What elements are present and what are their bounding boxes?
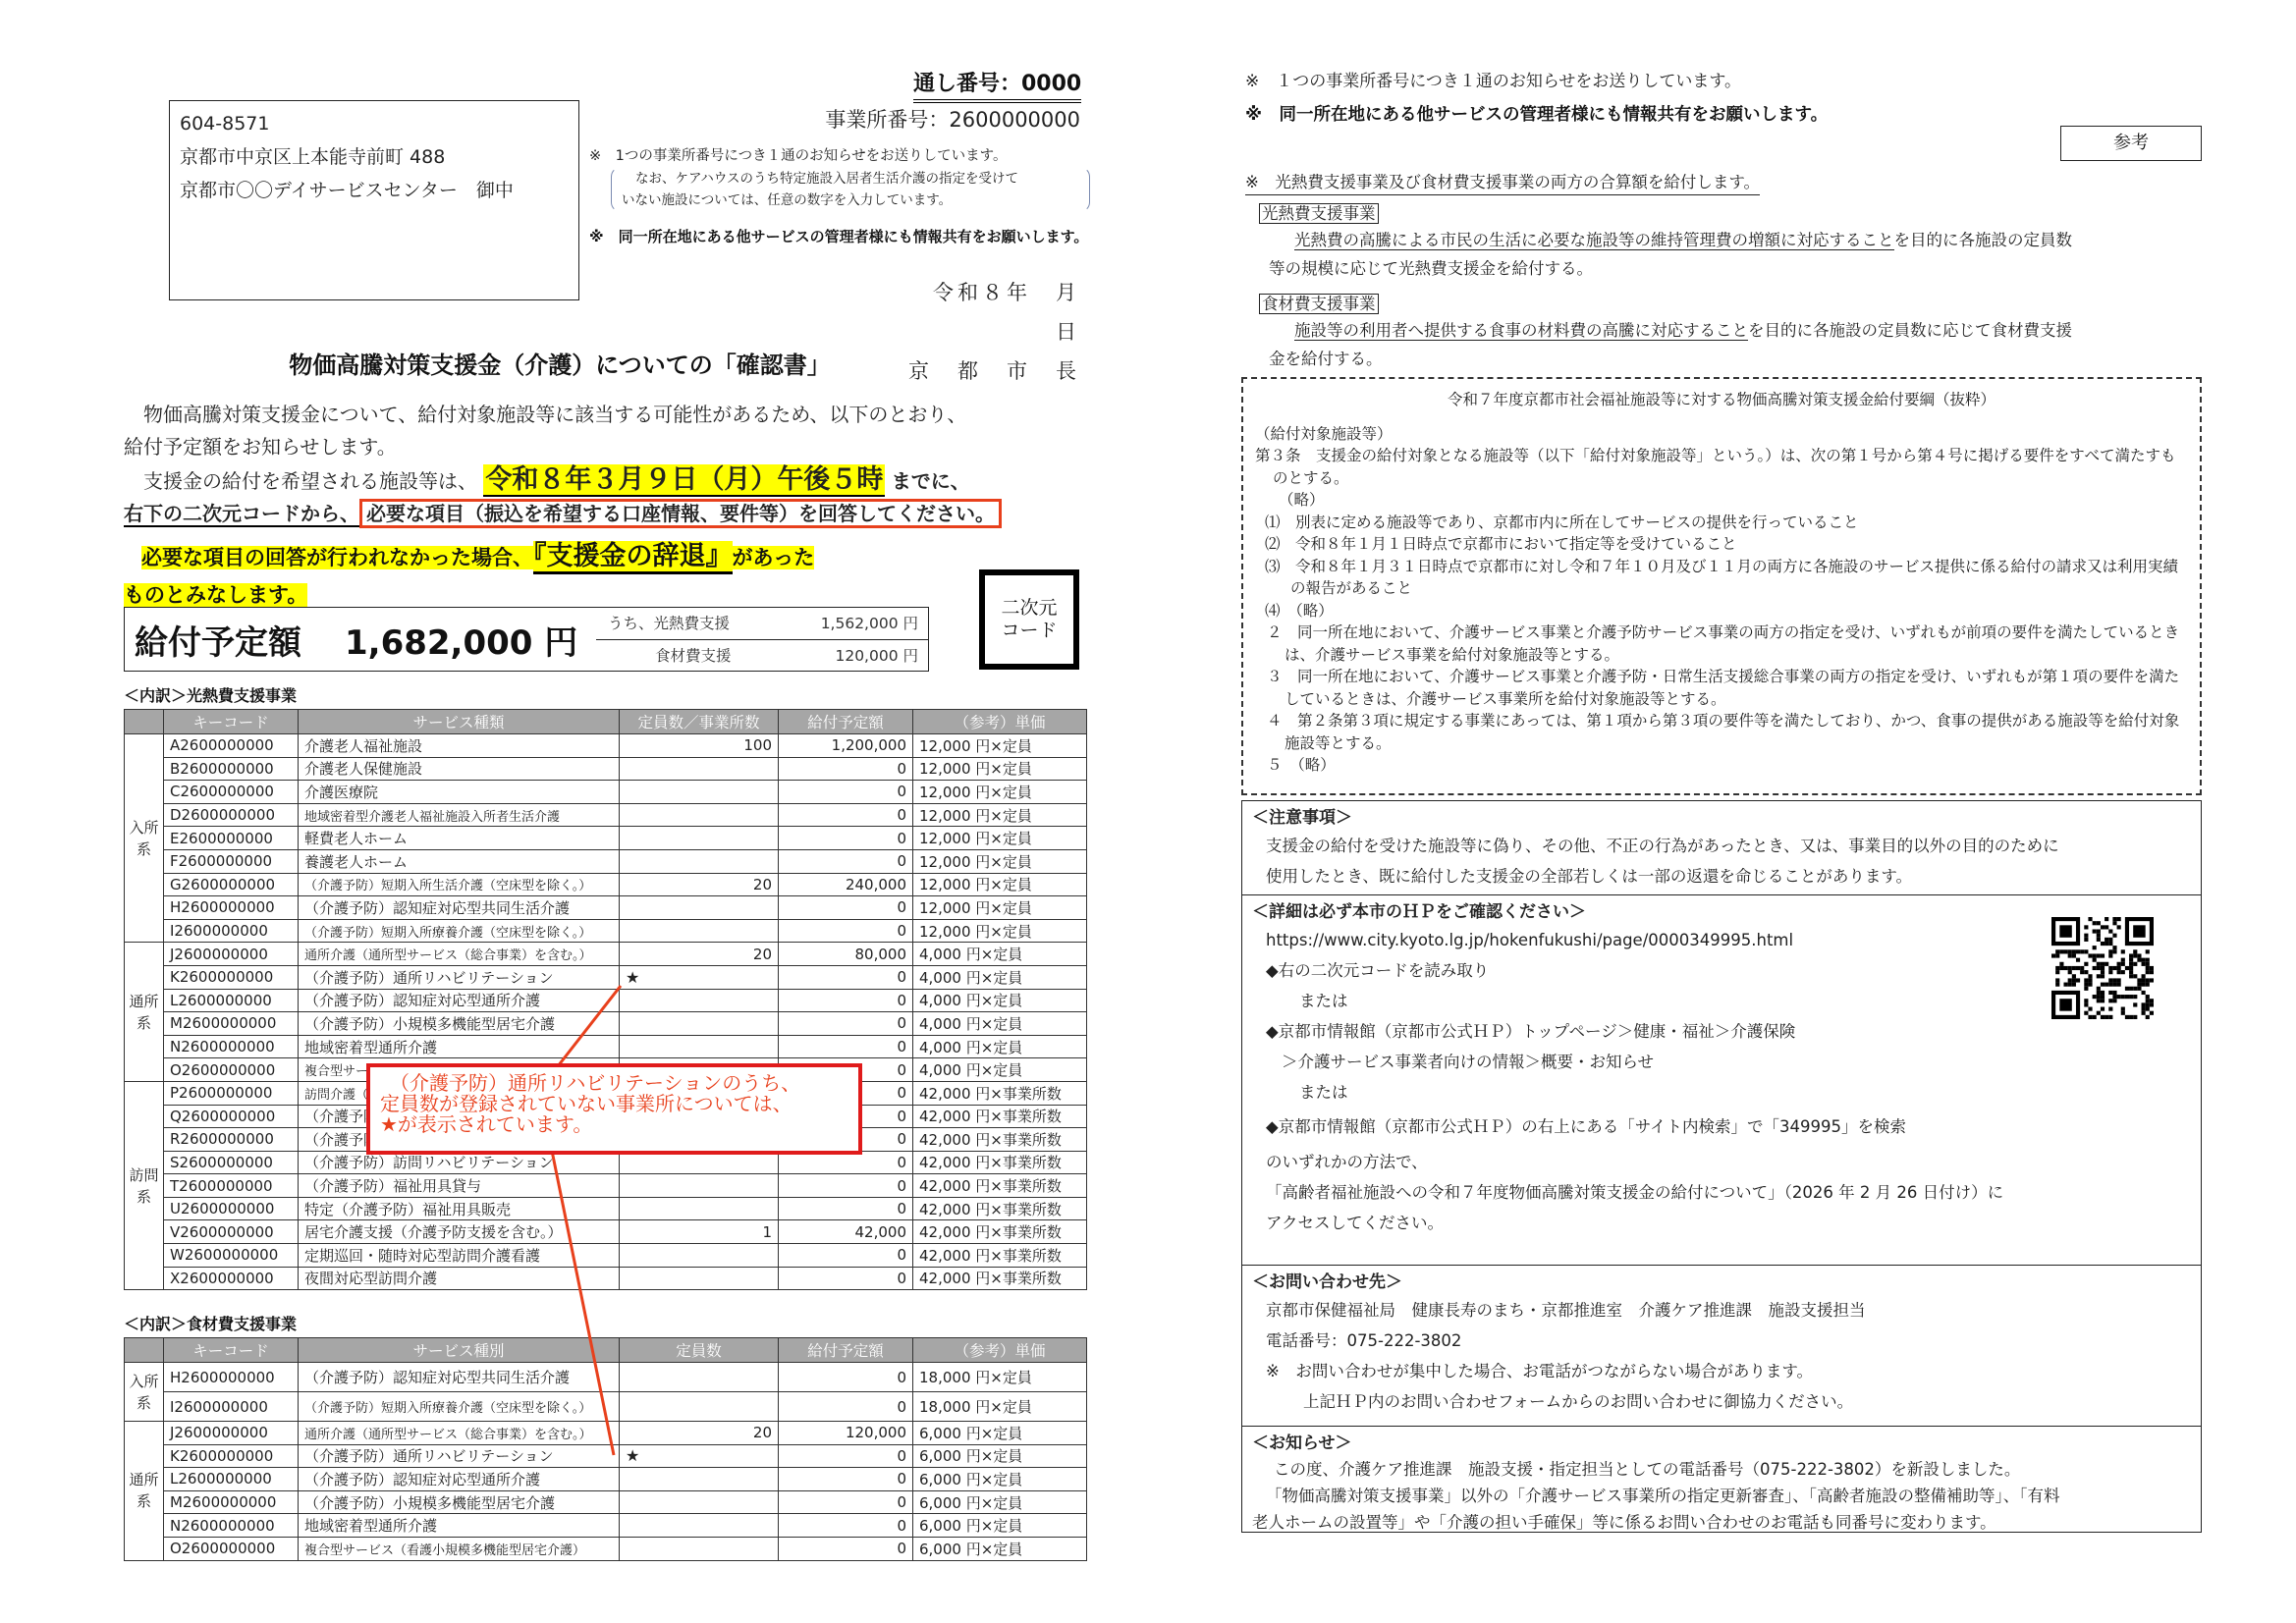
capacity-cell: 20 — [620, 873, 779, 896]
amount-cell: 0 — [779, 1537, 913, 1560]
table-row: N2600000000地域密着型通所介護04,000 円×定員 — [125, 1035, 1087, 1058]
group-label: 訪問系 — [125, 1081, 164, 1289]
capacity-cell — [620, 1267, 779, 1290]
service-cell: 介護老人福祉施設 — [299, 734, 620, 758]
unit-price-cell: 12,000 円×定員 — [913, 873, 1087, 896]
table-row: V2600000000居宅介護支援（介護予防支援を含む。）142,00042,0… — [125, 1220, 1087, 1244]
column-header: キーコード — [164, 710, 299, 734]
care-house-line1: なお、ケアハウスのうち特定施設入居者生活介護の指定を受けて — [622, 168, 1079, 189]
callout-line1: （介護予防）通所リハビリテーションのうち、 — [380, 1073, 848, 1094]
utilities-amount-row: うち、光熱費支援 1,562,000 円 — [596, 608, 928, 640]
deadline-line: 支援金の給付を希望される施設等は、 令和８年３月９日（月）午後５時 までに、 — [124, 463, 1116, 498]
capacity-cell — [620, 1514, 779, 1538]
unit-price-cell: 42,000 円×事業所数 — [913, 1151, 1087, 1174]
service-cell: （介護予防）福祉用具貸与 — [299, 1174, 620, 1198]
service-cell: （介護予防）短期入所生活介護（空床型を除く。） — [299, 873, 620, 896]
service-cell: 地域密着型介護老人福祉施設入所者生活介護 — [299, 803, 620, 827]
instruction-prefix: 右下の二次元コードから、 — [124, 502, 359, 527]
utilities-desc-rest: を目的に各施設の定員数 — [1894, 231, 2073, 249]
key-code-cell: C2600000000 — [164, 781, 299, 804]
callout-line2: 定員数が登録されていない事業所については、 — [380, 1094, 848, 1114]
unit-price-cell: 42,000 円×事業所数 — [913, 1244, 1087, 1268]
guidelines-excerpt: 令和７年度京都市社会福祉施設等に対する物価高騰対策支援金給付要綱（抜粋） （給付… — [1241, 377, 2202, 795]
reference-label: 参考 — [2060, 126, 2202, 161]
utilities-desc-line2: 等の規模に応じて光熱費支援金を給付する。 — [1259, 254, 2202, 283]
notice-line2: 「物価高騰対策支援事業」以外の「介護サービス事業所の指定更新審査」、「高齢者施設… — [1252, 1483, 2191, 1509]
office-number: 事業所番号：2600000000 — [825, 104, 1080, 134]
key-code-cell: E2600000000 — [164, 827, 299, 850]
key-code-cell: F2600000000 — [164, 849, 299, 873]
capacity-cell: 100 — [620, 734, 779, 758]
amount-cell: 0 — [779, 1197, 913, 1220]
caution-line1: 支援金の給付を受けた施設等に偽り、その他、不正の行為があったとき、又は、事業目的… — [1252, 831, 2191, 861]
column-header — [125, 710, 164, 734]
care-house-note: なお、ケアハウスのうち特定施設入居者生活介護の指定を受けて いない施設については… — [611, 167, 1090, 212]
utilities-desc-underlined: 光熱費の高騰による市民の生活に必要な施設等の維持管理費の増額に対応すること — [1294, 231, 1894, 250]
service-cell: 特定（介護予防）福祉用具販売 — [299, 1197, 620, 1220]
service-cell: 定期巡回・随時対応型訪問介護看護 — [299, 1244, 620, 1268]
amount-cell: 0 — [779, 757, 913, 781]
amount-cell: 42,000 — [779, 1220, 913, 1244]
amount-cell: 0 — [779, 1444, 913, 1468]
address-street: 京都市中京区上本能寺前町 488 — [180, 140, 569, 174]
key-code-cell: U2600000000 — [164, 1197, 299, 1220]
instruction-boxed: 必要な項目（振込を希望する口座情報、要件等）を回答してください。 — [359, 499, 1002, 528]
service-cell: （介護予防）通所リハビリテーション — [299, 1444, 620, 1468]
warning-part1: 必要な項目の回答が行われなかった場合、 — [141, 546, 533, 569]
caution-header: ＜注意事項＞ — [1252, 805, 2191, 831]
page-title: 物価高騰対策支援金（介護）についての「確認書」 — [157, 346, 962, 380]
service-cell: 軽費老人ホーム — [299, 827, 620, 850]
contact-note2: 上記ＨＰ内のお問い合わせフォームからのお問い合わせに御協力ください。 — [1252, 1386, 2191, 1417]
capacity-cell — [620, 1537, 779, 1560]
details-conclusion3: アクセスしてください。 — [1252, 1208, 2191, 1238]
group-label: 通所系 — [125, 1422, 164, 1561]
capacity-cell — [620, 757, 779, 781]
amount-cell: 240,000 — [779, 873, 913, 896]
utilities-tag: 光熱費支援事業 — [1259, 203, 1379, 224]
details-url[interactable]: https://www.city.kyoto.lg.jp/hokenfukush… — [1252, 925, 2191, 955]
utilities-label: うち、光熱費支援 — [608, 608, 730, 640]
table-row: K2600000000（介護予防）通所リハビリテーション★04,000 円×定員 — [125, 965, 1087, 989]
excerpt-paragraphs: ２ 同一所在地において、介護サービス事業と介護予防サービス事業の両方の指定を受け… — [1255, 622, 2188, 777]
key-code-cell: T2600000000 — [164, 1174, 299, 1198]
excerpt-item: ⑵ 令和８年１月１日時点で京都市において指定等を受けていること — [1255, 533, 2188, 556]
amount-cell: 0 — [779, 827, 913, 850]
service-cell: 通所介護（通所型サービス（総合事業）を含む。） — [299, 1422, 620, 1445]
amount-cell: 0 — [779, 965, 913, 989]
notice-section: ＜お知らせ＞ この度、介護ケア推進課 施設支援・指定担当としての電話番号（075… — [1242, 1427, 2201, 1532]
key-code-cell: Q2600000000 — [164, 1105, 299, 1128]
caution-section: ＜注意事項＞ 支援金の給付を受けた施設等に偽り、その他、不正の行為があったとき、… — [1242, 801, 2201, 895]
amount-cell: 0 — [779, 989, 913, 1012]
excerpt-item: ⑷ （略） — [1255, 600, 2188, 622]
table-row: 入所系H2600000000（介護予防）認知症対応型共同生活介護018,000 … — [125, 1363, 1087, 1392]
group-label: 入所系 — [125, 1363, 164, 1422]
capacity-cell — [620, 803, 779, 827]
service-cell: 介護老人保健施設 — [299, 757, 620, 781]
amount-cell: 0 — [779, 781, 913, 804]
details-method1: ◆右の二次元コードを読み取り — [1252, 955, 2191, 986]
amount-label: 給付予定額 — [135, 616, 301, 664]
table-row: H2600000000（介護予防）認知症対応型共同生活介護012,000 円×定… — [125, 896, 1087, 920]
food-desc: 施設等の利用者へ提供する食事の材料費の高騰に対応することを目的に各施設の定員数に… — [1259, 316, 2202, 345]
column-header: 給付予定額 — [779, 1338, 913, 1363]
food-desc-rest: を目的に各施設の定員数に応じて食材費支援 — [1748, 321, 2072, 340]
key-code-cell: O2600000000 — [164, 1058, 299, 1082]
unit-price-cell: 42,000 円×事業所数 — [913, 1105, 1087, 1128]
qr-code-icon[interactable] — [2051, 917, 2154, 1019]
capacity-cell — [620, 1363, 779, 1392]
table-row: 通所系J2600000000通所介護（通所型サービス（総合事業）を含む。）201… — [125, 1422, 1087, 1445]
excerpt-paragraph: ３ 同一所在地において、介護サービス事業と介護予防・日常生活支援総合事業の両方の… — [1255, 666, 2188, 710]
food-desc-line2: 金を給付する。 — [1259, 345, 2202, 373]
unit-price-cell: 18,000 円×定員 — [913, 1363, 1087, 1392]
key-code-cell: V2600000000 — [164, 1220, 299, 1244]
amount-cell: 0 — [779, 1392, 913, 1422]
instruction-line: 右下の二次元コードから、必要な項目（振込を希望する口座情報、要件等）を回答してく… — [124, 498, 1116, 530]
service-cell: 複合型サービス（看護小規模多機能型居宅介護） — [299, 1537, 620, 1560]
serial-number: 通し番号：0000 — [913, 67, 1081, 103]
amount-cell: 80,000 — [779, 943, 913, 966]
amount-cell: 0 — [779, 1174, 913, 1198]
amount-cell: 0 — [779, 1012, 913, 1036]
capacity-cell — [620, 919, 779, 943]
capacity-cell: 20 — [620, 943, 779, 966]
table-row: F2600000000養護老人ホーム012,000 円×定員 — [125, 849, 1087, 873]
details-conclusion1: のいずれかの方法で、 — [1252, 1147, 2191, 1177]
amount-cell: 0 — [779, 1514, 913, 1538]
amount-cell: 0 — [779, 1267, 913, 1290]
excerpt-item: ⑶ 令和８年１月３１日時点で京都市に対し令和７年１０月及び１１月の両方に各施設の… — [1255, 556, 2188, 600]
service-cell: 介護医療院 — [299, 781, 620, 804]
contact-phone: 電話番号：075-222-3802 — [1252, 1325, 2191, 1356]
unit-price-cell: 4,000 円×定員 — [913, 1012, 1087, 1036]
column-header: キーコード — [164, 1338, 299, 1363]
date-text: 令和８年 月 日 — [864, 273, 1080, 352]
deadline-prefix: 支援金の給付を希望される施設等は、 — [124, 469, 477, 493]
food-tag: 食材費支援事業 — [1259, 294, 1379, 314]
key-code-cell: D2600000000 — [164, 803, 299, 827]
capacity-cell — [620, 1197, 779, 1220]
column-header — [125, 1338, 164, 1363]
note-text: ※ 1つの事業所番号につき１通のお知らせをお送りしています。 — [589, 145, 1090, 167]
table-row: B2600000000介護老人保健施設012,000 円×定員 — [125, 757, 1087, 781]
food-label: 食材費支援 — [655, 640, 732, 673]
note-one-per-office: ※ 1つの事業所番号につき１通のお知らせをお送りしています。 なお、ケアハウスの… — [589, 145, 1090, 212]
right-note-share-info: ※ 同一所在地にある他サービスの管理者様にも情報共有をお願いします。 — [1245, 101, 1828, 126]
key-code-cell: P2600000000 — [164, 1081, 299, 1105]
unit-price-cell: 12,000 円×定員 — [913, 919, 1087, 943]
details-method2-line2: ＞介護サービス事業者向けの情報＞概要・お知らせ — [1252, 1047, 2191, 1077]
service-cell: 養護老人ホーム — [299, 849, 620, 873]
utilities-desc: 光熱費の高騰による市民の生活に必要な施設等の維持管理費の増額に対応することを目的… — [1259, 226, 2202, 254]
service-cell: 居宅介護支援（介護予防支援を含む。） — [299, 1220, 620, 1244]
key-code-cell: H2600000000 — [164, 1363, 299, 1392]
excerpt-paragraph: ５ （略） — [1255, 754, 2188, 777]
table-row: G2600000000（介護予防）短期入所生活介護（空床型を除く。）20240,… — [125, 873, 1087, 896]
excerpt-item: ⑴ 別表に定める施設等であり、京都市内に所在してサービスの提供を行っていること — [1255, 512, 2188, 534]
key-code-cell: O2600000000 — [164, 1537, 299, 1560]
unit-price-cell: 4,000 円×定員 — [913, 943, 1087, 966]
sub-amounts: うち、光熱費支援 1,562,000 円 食材費支援 120,000 円 — [596, 608, 930, 673]
capacity-cell — [620, 1244, 779, 1268]
group-label: 入所系 — [125, 734, 164, 943]
unit-price-cell: 18,000 円×定員 — [913, 1392, 1087, 1422]
key-code-cell: N2600000000 — [164, 1035, 299, 1058]
notice-line1: この度、介護ケア推進課 施設支援・指定担当としての電話番号（075-222-38… — [1252, 1456, 2191, 1483]
unit-price-cell: 4,000 円×定員 — [913, 965, 1087, 989]
excerpt-title: 令和７年度京都市社会福祉施設等に対する物価高騰対策支援金給付要綱（抜粋） — [1255, 389, 2188, 411]
contact-note1: ※ お問い合わせが集中した場合、お電話がつながらない場合があります。 — [1252, 1356, 2191, 1386]
table-row: W2600000000定期巡回・随時対応型訪問介護看護042,000 円×事業所… — [125, 1244, 1087, 1268]
intro-text: 物価高騰対策支援金について、給付対象施設等に該当する可能性があるため、以下のとお… — [124, 399, 1116, 530]
details-conclusion2: 「高齢者福祉施設への令和７年度物価高騰対策支援金の給付について」（2026 年 … — [1252, 1177, 2191, 1208]
notice-header: ＜お知らせ＞ — [1252, 1431, 2191, 1456]
key-code-cell: I2600000000 — [164, 919, 299, 943]
food-project-description: 食材費支援事業 施設等の利用者へ提供する食事の材料費の高騰に対応することを目的に… — [1259, 291, 2202, 373]
table-row: D2600000000地域密着型介護老人福祉施設入所者生活介護012,000 円… — [125, 803, 1087, 827]
warning-emphasis: 『支援金の辞退』 — [533, 541, 733, 574]
service-cell: （介護予防）小規模多機能型居宅介護 — [299, 1490, 620, 1514]
key-code-cell: K2600000000 — [164, 965, 299, 989]
table-row: X2600000000夜間対応型訪問介護042,000 円×事業所数 — [125, 1267, 1087, 1290]
capacity-cell — [620, 1012, 779, 1036]
amount-cell: 0 — [779, 1244, 913, 1268]
amount-cell: 0 — [779, 1468, 913, 1491]
unit-price-cell: 42,000 円×事業所数 — [913, 1197, 1087, 1220]
callout-line3: ★が表示されています。 — [380, 1114, 848, 1135]
excerpt-omitted: （略） — [1255, 489, 2188, 512]
details-header: ＜詳細は必ず本市のＨＰをご確認ください＞ — [1252, 899, 2191, 925]
warning-part2: があった — [733, 546, 815, 569]
qr-placeholder-label: 二次元 コード — [1001, 597, 1057, 642]
unit-price-cell: 6,000 円×定員 — [913, 1490, 1087, 1514]
table-row: L2600000000（介護予防）認知症対応型通所介護06,000 円×定員 — [125, 1468, 1087, 1491]
table-row: M2600000000（介護予防）小規模多機能型居宅介護04,000 円×定員 — [125, 1012, 1087, 1036]
capacity-cell — [620, 1174, 779, 1198]
excerpt-items: ⑴ 別表に定める施設等であり、京都市内に所在してサービスの提供を行っていること⑵… — [1255, 512, 2188, 622]
warning-line2: ものとみなします。 — [124, 583, 307, 607]
intro-line1: 物価高騰対策支援金について、給付対象施設等に該当する可能性があるため、以下のとお… — [124, 399, 1116, 431]
utilities-breakdown-table: キーコードサービス種類定員数／事業所数給付予定額（参考）単価 入所系A26000… — [124, 709, 1087, 1290]
total-note: ※ 光熱費支援事業及び食材費支援事業の両方の合算額を給付します。 — [1245, 169, 1760, 195]
unit-price-cell: 6,000 円×定員 — [913, 1514, 1087, 1538]
unit-price-cell: 12,000 円×定員 — [913, 896, 1087, 920]
column-header: （参考）単価 — [913, 710, 1087, 734]
unit-price-cell: 42,000 円×事業所数 — [913, 1174, 1087, 1198]
key-code-cell: G2600000000 — [164, 873, 299, 896]
excerpt-paragraph: ２ 同一所在地において、介護サービス事業と介護予防サービス事業の両方の指定を受け… — [1255, 622, 2188, 666]
key-code-cell: J2600000000 — [164, 1422, 299, 1445]
amount-cell: 120,000 — [779, 1422, 913, 1445]
unit-price-cell: 4,000 円×定員 — [913, 989, 1087, 1012]
capacity-cell — [620, 1490, 779, 1514]
amount-cell: 0 — [779, 803, 913, 827]
capacity-cell — [620, 1468, 779, 1491]
utilities-value: 1,562,000 円 — [821, 608, 918, 640]
service-cell: （介護予防）通所リハビリテーション — [299, 965, 620, 989]
food-breakdown-table: キーコードサービス種別定員数給付予定額（参考）単価 入所系H2600000000… — [124, 1337, 1087, 1561]
key-code-cell: N2600000000 — [164, 1514, 299, 1538]
table-row: C2600000000介護医療院012,000 円×定員 — [125, 781, 1087, 804]
details-or1: または — [1252, 986, 2191, 1016]
service-cell: （介護予防）認知症対応型通所介護 — [299, 1468, 620, 1491]
column-header: サービス種類 — [299, 710, 620, 734]
service-cell: （介護予防）認知症対応型共同生活介護 — [299, 896, 620, 920]
caution-line2: 使用したとき、既に給付した支援金の全部若しくは一部の返還を命じることがあります。 — [1252, 861, 2191, 892]
table-row: U2600000000特定（介護予防）福祉用具販売042,000 円×事業所数 — [125, 1197, 1087, 1220]
scheduled-amount-box: 給付予定額 1,682,000 円 うち、光熱費支援 1,562,000 円 食… — [124, 607, 929, 672]
table-row: E2600000000軽費老人ホーム012,000 円×定員 — [125, 827, 1087, 850]
service-cell: （介護予防）小規模多機能型居宅介護 — [299, 1012, 620, 1036]
table-row: N2600000000地域密着型通所介護06,000 円×定員 — [125, 1514, 1087, 1538]
food-value: 120,000 円 — [835, 640, 918, 673]
unit-price-cell: 42,000 円×事業所数 — [913, 1128, 1087, 1152]
amount-cell: 0 — [779, 1490, 913, 1514]
unit-price-cell: 6,000 円×定員 — [913, 1444, 1087, 1468]
column-header: 給付予定額 — [779, 710, 913, 734]
service-cell: （介護予防）短期入所療養介護（空床型を除く。） — [299, 919, 620, 943]
utilities-table-caption: ＜内訳＞光熱費支援事業 — [124, 683, 297, 706]
key-code-cell: K2600000000 — [164, 1444, 299, 1468]
unit-price-cell: 42,000 円×事業所数 — [913, 1220, 1087, 1244]
star-explanation-callout: （介護予防）通所リハビリテーションのうち、 定員数が登録されていない事業所につい… — [366, 1063, 862, 1155]
unit-price-cell: 12,000 円×定員 — [913, 781, 1087, 804]
food-table-caption: ＜内訳＞食材費支援事業 — [124, 1312, 297, 1334]
key-code-cell: H2600000000 — [164, 896, 299, 920]
withdrawal-warning: 必要な項目の回答が行われなかった場合、『支援金の辞退』があった ものとみなします… — [124, 538, 909, 614]
key-code-cell: S2600000000 — [164, 1151, 299, 1174]
right-note-one-per-office: ※ １つの事業所番号につき１通のお知らせをお送りしています。 — [1245, 67, 1741, 91]
amount-cell: 0 — [779, 1363, 913, 1392]
service-cell: 通所介護（通所型サービス（総合事業）を含む。） — [299, 943, 620, 966]
unit-price-cell: 12,000 円×定員 — [913, 827, 1087, 850]
table-row: I2600000000（介護予防）短期入所療養介護（空床型を除く。）018,00… — [125, 1392, 1087, 1422]
intro-line2: 給付予定額をお知らせします。 — [124, 431, 1116, 463]
capacity-cell — [620, 1392, 779, 1422]
key-code-cell: I2600000000 — [164, 1392, 299, 1422]
capacity-cell — [620, 849, 779, 873]
service-cell: 地域密着型通所介護 — [299, 1514, 620, 1538]
key-code-cell: X2600000000 — [164, 1267, 299, 1290]
capacity-cell — [620, 1035, 779, 1058]
food-amount-row: 食材費支援 120,000 円 — [596, 640, 928, 673]
unit-price-cell: 12,000 円×定員 — [913, 734, 1087, 758]
group-label: 通所系 — [125, 943, 164, 1082]
address-box: 604-8571 京都市中京区上本能寺前町 488 京都市〇〇デイサービスセンタ… — [169, 100, 579, 300]
unit-price-cell: 12,000 円×定員 — [913, 803, 1087, 827]
table-row: 入所系A2600000000介護老人福祉施設1001,200,00012,000… — [125, 734, 1087, 758]
unit-price-cell: 6,000 円×定員 — [913, 1537, 1087, 1560]
amount-total: 1,682,000 円 — [345, 616, 577, 664]
capacity-cell — [620, 781, 779, 804]
details-method2-line1: ◆京都市情報館（京都市公式ＨＰ）トップページ＞健康・福祉＞介護保険 — [1252, 1016, 2191, 1047]
capacity-cell: 20 — [620, 1422, 779, 1445]
amount-cell: 0 — [779, 896, 913, 920]
table-header-row: キーコードサービス種類定員数／事業所数給付予定額（参考）単価 — [125, 710, 1087, 734]
contact-section: ＜お問い合わせ先＞ 京都市保健福祉局 健康長寿のまち・京都推進室 介護ケア推進課… — [1242, 1266, 2201, 1427]
key-code-cell: L2600000000 — [164, 1468, 299, 1491]
table-row: L2600000000（介護予防）認知症対応型通所介護04,000 円×定員 — [125, 989, 1087, 1012]
unit-price-cell: 4,000 円×定員 — [913, 1035, 1087, 1058]
column-header: 定員数 — [620, 1338, 779, 1363]
unit-price-cell: 6,000 円×定員 — [913, 1468, 1087, 1491]
unit-price-cell: 42,000 円×事業所数 — [913, 1081, 1087, 1105]
unit-price-cell: 6,000 円×定員 — [913, 1422, 1087, 1445]
amount-cell: 1,200,000 — [779, 734, 913, 758]
care-house-line2: いない施設については、任意の数字を入力しています。 — [622, 189, 1079, 211]
info-box: ＜注意事項＞ 支援金の給付を受けた施設等に偽り、その他、不正の行為があったとき、… — [1241, 800, 2202, 1533]
service-cell: （介護予防）短期入所療養介護（空床型を除く。） — [299, 1392, 620, 1422]
key-code-cell: R2600000000 — [164, 1128, 299, 1152]
table-row: O2600000000複合型サービス（看護小規模多機能型居宅介護）06,000 … — [125, 1537, 1087, 1560]
unit-price-cell: 42,000 円×事業所数 — [913, 1267, 1087, 1290]
key-code-cell: M2600000000 — [164, 1012, 299, 1036]
service-cell: （介護予防）認知症対応型共同生活介護 — [299, 1363, 620, 1392]
column-header: サービス種別 — [299, 1338, 620, 1363]
unit-price-cell: 4,000 円×定員 — [913, 1058, 1087, 1082]
deadline: 令和８年３月９日（月）午後５時 — [483, 464, 885, 497]
key-code-cell: A2600000000 — [164, 734, 299, 758]
column-header: 定員数／事業所数 — [620, 710, 779, 734]
table-row: M2600000000（介護予防）小規模多機能型居宅介護06,000 円×定員 — [125, 1490, 1087, 1514]
table-row: T2600000000（介護予防）福祉用具貸与042,000 円×事業所数 — [125, 1174, 1087, 1198]
capacity-cell — [620, 989, 779, 1012]
unit-price-cell: 12,000 円×定員 — [913, 849, 1087, 873]
deadline-suffix: までに、 — [892, 469, 970, 493]
service-cell: （介護予防）認知症対応型通所介護 — [299, 989, 620, 1012]
capacity-cell: ★ — [620, 965, 779, 989]
service-cell: 夜間対応型訪問介護 — [299, 1267, 620, 1290]
postal-code: 604-8571 — [180, 107, 569, 140]
notice-line3: 老人ホームの設置等」や「介護の担い手確保」等に係るお問い合わせのお電話も同番号に… — [1252, 1509, 2191, 1536]
column-header: （参考）単価 — [913, 1338, 1087, 1363]
capacity-cell — [620, 827, 779, 850]
recipient: 京都市〇〇デイサービスセンター 御中 — [180, 174, 569, 207]
details-or2: または — [1252, 1077, 2191, 1108]
amount-cell: 0 — [779, 1035, 913, 1058]
table-header-row: キーコードサービス種別定員数給付予定額（参考）単価 — [125, 1338, 1087, 1363]
contact-department: 京都市保健福祉局 健康長寿のまち・京都推進室 介護ケア推進課 施設支援担当 — [1252, 1295, 2191, 1325]
key-code-cell: J2600000000 — [164, 943, 299, 966]
unit-price-cell: 12,000 円×定員 — [913, 757, 1087, 781]
details-section: ＜詳細は必ず本市のＨＰをご確認ください＞ https://www.city.ky… — [1242, 895, 2201, 1266]
excerpt-heading: （給付対象施設等） — [1255, 423, 2188, 446]
food-desc-underlined: 施設等の利用者へ提供する食事の材料費の高騰に対応すること — [1294, 321, 1748, 341]
utilities-project-description: 光熱費支援事業 光熱費の高騰による市民の生活に必要な施設等の維持管理費の増額に対… — [1259, 200, 2202, 283]
capacity-cell — [620, 896, 779, 920]
table-row: I2600000000（介護予防）短期入所療養介護（空床型を除く。）012,00… — [125, 919, 1087, 943]
table-row: 通所系J2600000000通所介護（通所型サービス（総合事業）を含む。）208… — [125, 943, 1087, 966]
capacity-cell: 1 — [620, 1220, 779, 1244]
key-code-cell: M2600000000 — [164, 1490, 299, 1514]
key-code-cell: W2600000000 — [164, 1244, 299, 1268]
contact-header: ＜お問い合わせ先＞ — [1252, 1270, 2191, 1295]
key-code-cell: L2600000000 — [164, 989, 299, 1012]
article-3: 第３条 支援金の給付対象となる施設等（以下「給付対象施設等」という。）は、次の第… — [1255, 445, 2188, 489]
excerpt-paragraph: ４ 第２条第３項に規定する事業にあっては、第１項から第３項の要件等を満たしており… — [1255, 710, 2188, 754]
key-code-cell: B2600000000 — [164, 757, 299, 781]
amount-cell: 0 — [779, 849, 913, 873]
amount-cell: 0 — [779, 919, 913, 943]
table-row: K2600000000（介護予防）通所リハビリテーション★06,000 円×定員 — [125, 1444, 1087, 1468]
qr-code-placeholder[interactable]: 二次元 コード — [979, 569, 1079, 670]
note-share-info: ※ 同一所在地にある他サービスの管理者様にも情報共有をお願いします。 — [589, 224, 1090, 249]
service-cell: 地域密着型通所介護 — [299, 1035, 620, 1058]
details-method3: ◆京都市情報館（京都市公式ＨＰ）の右上にある「サイト内検索」で「349995」を… — [1252, 1108, 2191, 1147]
capacity-cell: ★ — [620, 1444, 779, 1468]
